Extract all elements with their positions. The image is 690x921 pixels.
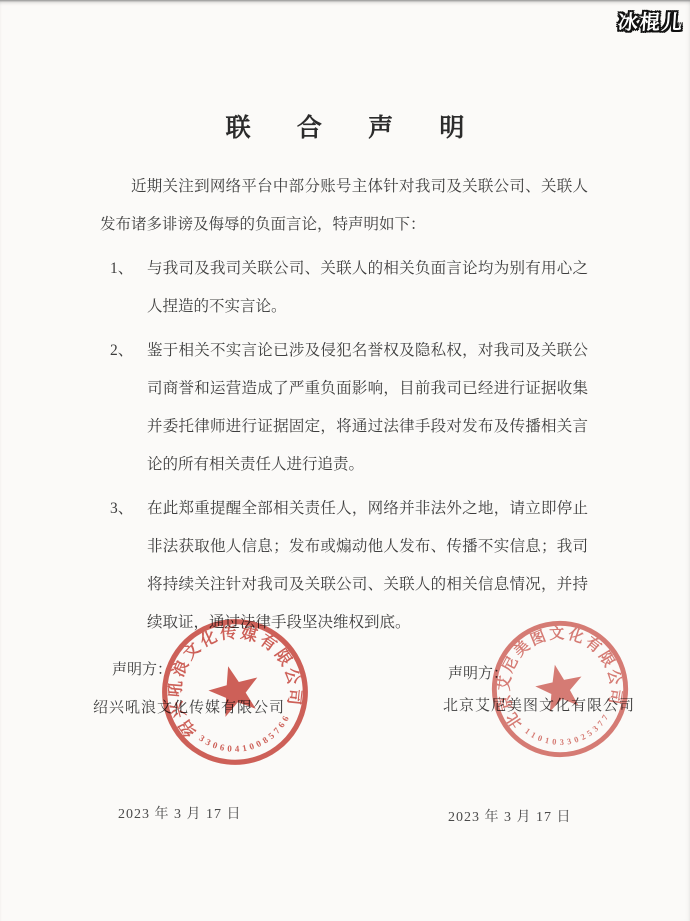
seal-serial-number: 1101033025377 bbox=[522, 708, 617, 755]
right-signatory-label: 声明方： bbox=[448, 662, 508, 683]
left-signatory-date: 2023 年 3 月 17 日 bbox=[118, 803, 242, 823]
scanned-statement-page: 冰棍儿 联 合 声 明 近期关注到网络平台中部分账号主体针对我司及关联公司、关联… bbox=[0, 0, 690, 921]
left-signatory-label: 声明方： bbox=[112, 658, 172, 679]
statement-item-3: 3、 在此郑重提醒全部相关责任人，网络并非法外之地，请立即停止非法获取他人信息；… bbox=[100, 490, 588, 642]
right-signatory-date: 2023 年 3 月 17 日 bbox=[448, 806, 572, 826]
svg-text:1101033025377: 1101033025377 bbox=[522, 708, 617, 755]
svg-text:33060410085766: 33060410085766 bbox=[196, 709, 299, 764]
seal-serial-number: 33060410085766 bbox=[196, 709, 299, 764]
page-title: 联 合 声 明 bbox=[0, 108, 690, 144]
watermark-text: 冰棍儿 bbox=[617, 6, 685, 35]
item-text: 鉴于相关不实言论已涉及侵犯名誉权及隐私权，对我司及关联公司商誉和运营造成了严重负… bbox=[147, 342, 588, 473]
statement-item-2: 2、 鉴于相关不实言论已涉及侵犯名誉权及隐私权，对我司及关联公司商誉和运营造成了… bbox=[100, 332, 588, 484]
item-text: 在此郑重提醒全部相关责任人，网络并非法外之地，请立即停止非法获取他人信息；发布或… bbox=[147, 500, 588, 631]
item-text: 与我司及我司关联公司、关联人的相关负面言论均为别有用心之人捏造的不实言论。 bbox=[147, 260, 588, 315]
intro-paragraph: 近期关注到网络平台中部分账号主体针对我司及关联公司、关联人发布诸多诽谤及侮辱的负… bbox=[100, 168, 588, 244]
right-signatory-company: 北京艾尼美图文化有限公司 bbox=[443, 694, 635, 715]
left-signatory-company: 绍兴吼浪文化传媒有限公司 bbox=[93, 696, 285, 717]
item-number: 2、 bbox=[110, 332, 133, 370]
item-number: 1、 bbox=[110, 250, 133, 288]
statement-item-1: 1、 与我司及我司关联公司、关联人的相关负面言论均为别有用心之人捏造的不实言论。 bbox=[100, 250, 588, 326]
item-number: 3、 bbox=[110, 490, 133, 528]
statement-body: 近期关注到网络平台中部分账号主体针对我司及关联公司、关联人发布诸多诽谤及侮辱的负… bbox=[100, 168, 588, 642]
